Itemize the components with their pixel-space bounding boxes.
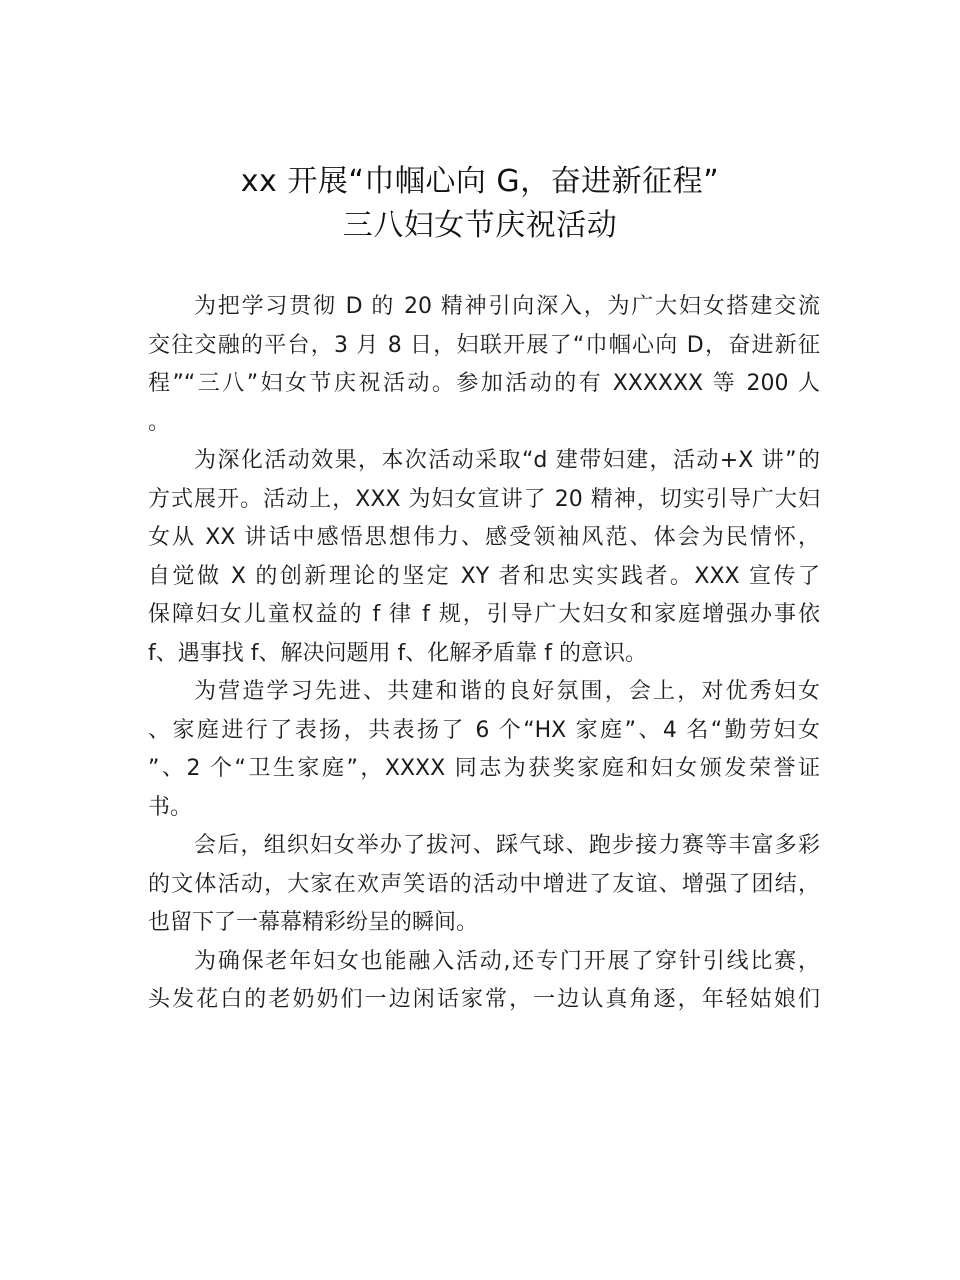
text-line: 会后，组织妇女举办了拔河、踩气球、跑步接力赛等丰富多彩 (148, 827, 820, 866)
text-line: 程”“三八”妇女节庆祝活动。参加活动的有 XXXXXX 等 200 人 (148, 365, 820, 404)
text-line: 方式展开。活动上，XXX 为妇女宣讲了 20 精神，切实引导广大妇 (148, 481, 820, 520)
text-line: 头发花白的老奶奶们一边闲话家常，一边认真角逐，年轻姑娘们 (148, 981, 820, 1020)
paragraph-5: 为确保老年妇女也能融入活动,还专门开展了穿针引线比赛， 头发花白的老奶奶们一边闲… (148, 943, 820, 1020)
text-line: 为营造学习先进、共建和谐的良好氛围，会上，对优秀妇女 (148, 673, 820, 712)
text-line: 自觉做 X 的创新理论的坚定 XY 者和忠实实践者。XXX 宣传了 (148, 558, 820, 597)
document-body: 为把学习贯彻 D 的 20 精神引向深入，为广大妇女搭建交流 交往交融的平台，3… (148, 288, 820, 1020)
text-line: 保障妇女儿童权益的 f 律 f 规，引导广大妇女和家庭增强办事依 (148, 596, 820, 635)
title-line-1: xx 开展“巾帼心向 G，奋进新征程” (0, 160, 960, 204)
text-line: 书。 (148, 789, 820, 828)
text-line: 、家庭进行了表扬，共表扬了 6 个“HX 家庭”、4 名“勤劳妇女 (148, 712, 820, 751)
text-line: 也留下了一幕幕精彩纷呈的瞬间。 (148, 904, 820, 943)
text-line: 为深化活动效果，本次活动采取“d 建带妇建，活动+X 讲”的 (148, 442, 820, 481)
document-title: xx 开展“巾帼心向 G，奋进新征程” 三八妇女节庆祝活动 (0, 160, 960, 248)
paragraph-1: 为把学习贯彻 D 的 20 精神引向深入，为广大妇女搭建交流 交往交融的平台，3… (148, 288, 820, 442)
text-line: 为确保老年妇女也能融入活动,还专门开展了穿针引线比赛， (148, 943, 820, 982)
text-line: 交往交融的平台，3 月 8 日，妇联开展了“巾帼心向 D，奋进新征 (148, 327, 820, 366)
paragraph-3: 为营造学习先进、共建和谐的良好氛围，会上，对优秀妇女 、家庭进行了表扬，共表扬了… (148, 673, 820, 827)
text-line: 为把学习贯彻 D 的 20 精神引向深入，为广大妇女搭建交流 (148, 288, 820, 327)
text-line: 的文体活动，大家在欢声笑语的活动中增进了友谊、增强了团结， (148, 866, 820, 905)
text-line: 女从 XX 讲话中感悟思想伟力、感受领袖风范、体会为民情怀， (148, 519, 820, 558)
paragraph-4: 会后，组织妇女举办了拔河、踩气球、跑步接力赛等丰富多彩 的文体活动，大家在欢声笑… (148, 827, 820, 943)
title-line-2: 三八妇女节庆祝活动 (0, 204, 960, 248)
text-line: f、遇事找 f、解决问题用 f、化解矛盾靠 f 的意识。 (148, 635, 820, 674)
paragraph-2: 为深化活动效果，本次活动采取“d 建带妇建，活动+X 讲”的 方式展开。活动上，… (148, 442, 820, 673)
text-line: ”、2 个“卫生家庭”，XXXX 同志为获奖家庭和妇女颁发荣誉证 (148, 750, 820, 789)
document-page: xx 开展“巾帼心向 G，奋进新征程” 三八妇女节庆祝活动 为把学习贯彻 D 的… (0, 0, 960, 1280)
text-line: 。 (148, 404, 820, 443)
